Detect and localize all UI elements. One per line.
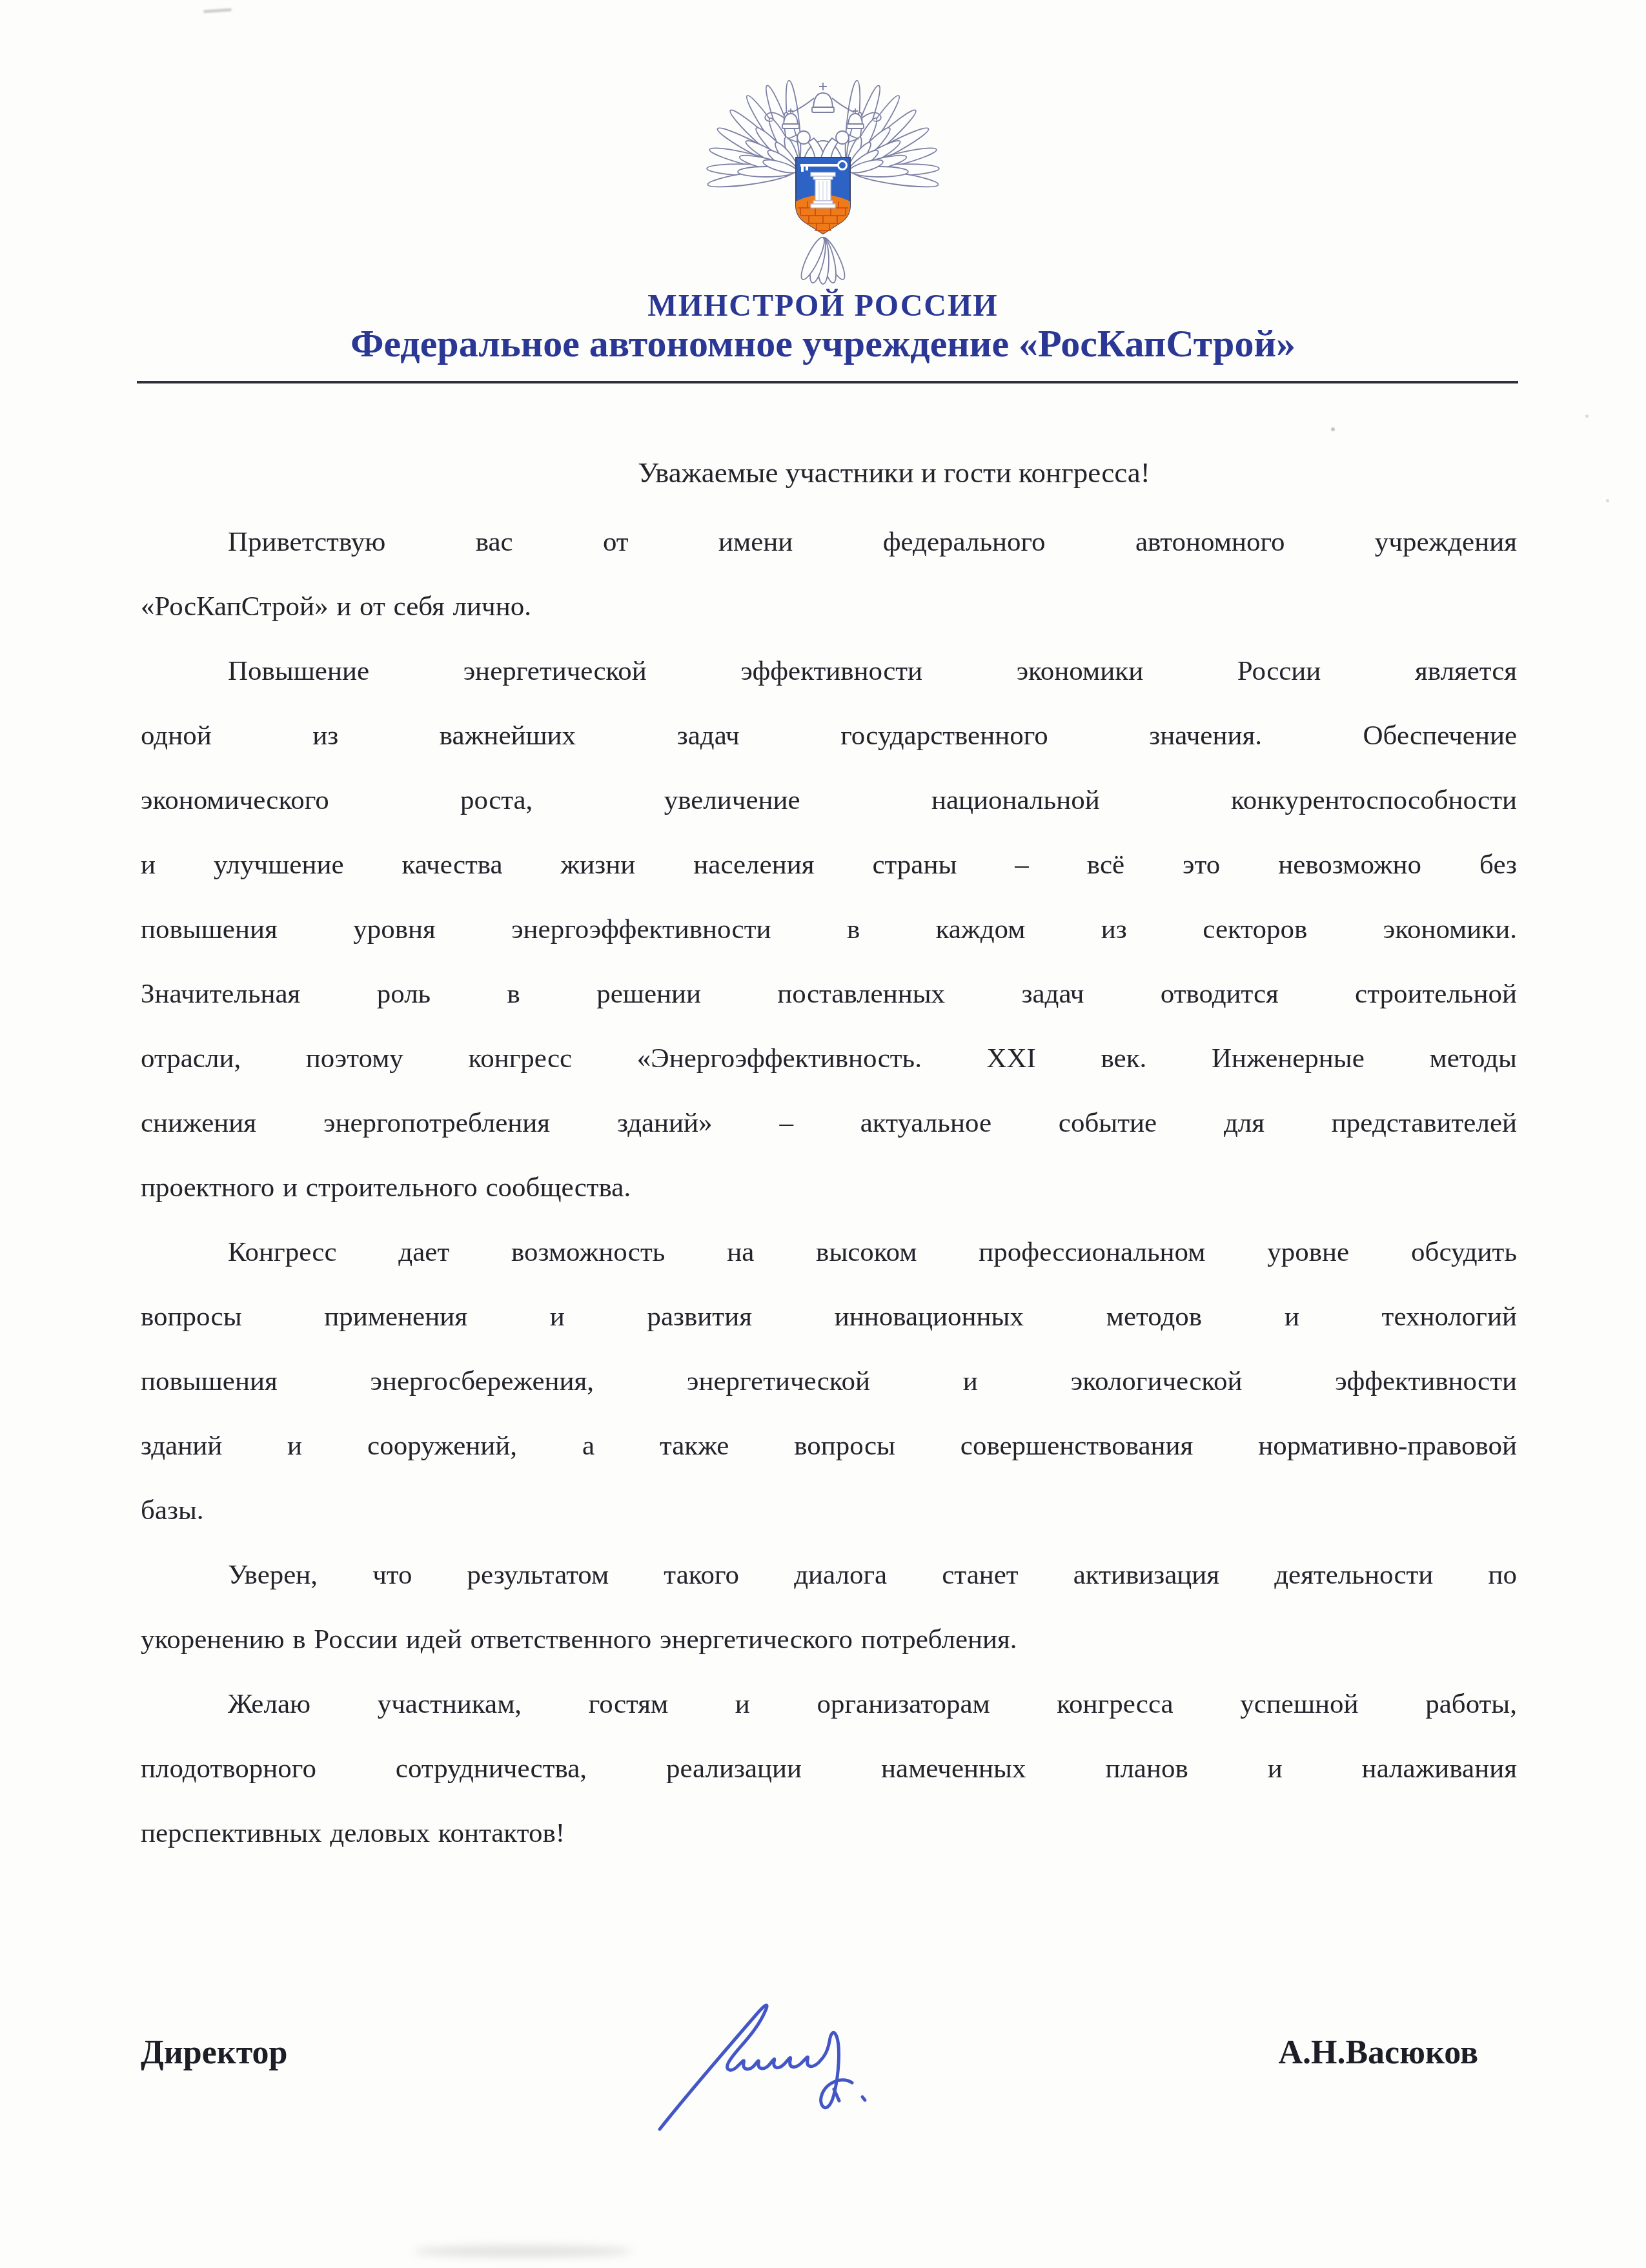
letter-line: Повышение энергетической эффективности э… [141, 639, 1517, 704]
salutation: Уважаемые участники и гости конгресса! [203, 456, 1585, 489]
scan-artifact [1606, 499, 1609, 502]
letter-line: Желаю участникам, гостям и организаторам… [141, 1672, 1517, 1737]
letter-line: снижения энергопотребления зданий» – акт… [141, 1091, 1517, 1156]
paragraph: Уверен, что результатом такого диалога с… [141, 1543, 1517, 1672]
letter-line: плодотворного сотрудничества, реализации… [141, 1737, 1517, 1801]
letter-line: повышения уровня энергоэффективности в к… [141, 897, 1517, 962]
scan-smudge [413, 2245, 633, 2257]
letter-line: отрасли, поэтому конгресс «Энергоэффекти… [141, 1027, 1517, 1091]
shield-icon [796, 158, 850, 234]
scan-artifact [203, 8, 232, 13]
scan-artifact [1585, 414, 1589, 418]
header-rule [137, 381, 1518, 383]
letter-line: одной из важнейших задач государственног… [141, 704, 1517, 768]
scan-artifact [1331, 427, 1335, 431]
letter-line: вопросы применения и развития инновацион… [141, 1285, 1517, 1349]
ministry-name: МИНСТРОЙ РОССИИ [0, 288, 1646, 323]
signature-title: Директор [141, 2034, 287, 2072]
letter-line: повышения энергосбережения, энергетическ… [141, 1349, 1517, 1414]
paragraph: Конгресс дает возможность на высоком про… [141, 1220, 1517, 1543]
letter-line: Значительная роль в решении поставленных… [141, 962, 1517, 1027]
paragraph: Приветствую вас от имени федерального ав… [141, 510, 1517, 639]
coat-of-arms-emblem [694, 75, 952, 288]
letter-line: укоренению в России идей ответственного … [141, 1608, 1517, 1672]
letter-line: «РосКапСтрой» и от себя лично. [141, 575, 1517, 639]
letter-line: зданий и сооружений, а также вопросы сов… [141, 1414, 1517, 1478]
letter-line: экономического роста, увеличение национа… [141, 768, 1517, 833]
signature-autograph [620, 1963, 981, 2208]
letter-line: Конгресс дает возможность на высоком про… [141, 1220, 1517, 1285]
letter-line: Уверен, что результатом такого диалога с… [141, 1543, 1517, 1608]
handwritten-signature-icon [620, 1963, 981, 2208]
letter-line: и улучшение качества жизни населения стр… [141, 833, 1517, 897]
signatory-name: А.Н.Васюков [1278, 2034, 1478, 2072]
letter-line: перспективных деловых контактов! [141, 1801, 1517, 1866]
letter-line: проектного и строительного сообщества. [141, 1156, 1517, 1220]
organization-name: Федеральное автономное учреждение «РосКа… [0, 322, 1646, 366]
paragraph: Желаю участникам, гостям и организаторам… [141, 1672, 1517, 1866]
letter-body: Приветствую вас от имени федерального ав… [141, 510, 1517, 1866]
letter-line: Приветствую вас от имени федерального ав… [141, 510, 1517, 575]
paragraph: Повышение энергетической эффективности э… [141, 639, 1517, 1220]
double-headed-eagle-icon [694, 75, 952, 288]
letter-line: базы. [141, 1478, 1517, 1543]
